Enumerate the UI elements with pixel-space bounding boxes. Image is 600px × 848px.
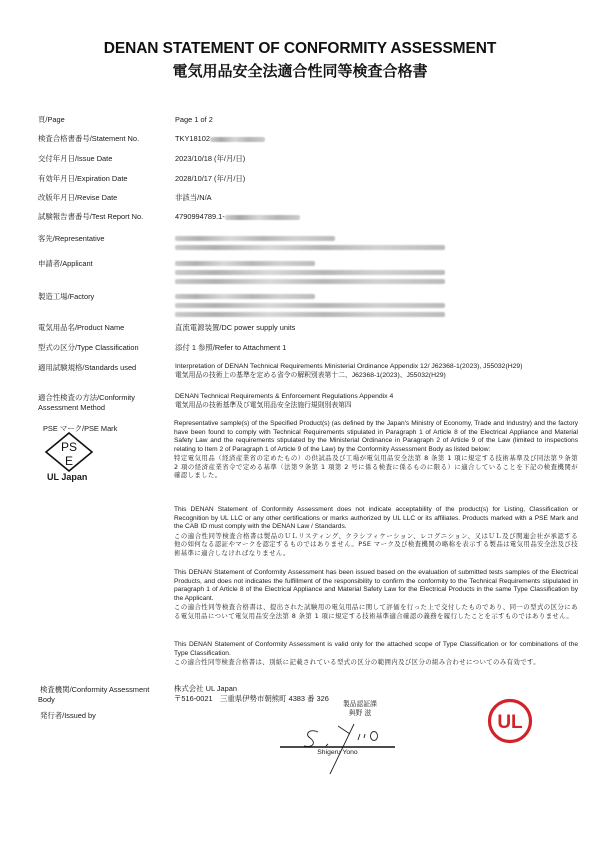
ul-logo-icon: UL <box>487 698 533 744</box>
signature-icon <box>280 716 440 780</box>
pse-issuer: UL Japan <box>47 472 87 482</box>
assessment-method-value-en: DENAN Technical Requirements & Enforceme… <box>175 393 580 402</box>
factory-label: 製造工場/Factory <box>38 292 168 302</box>
issue-date-label: 交付年月日/Issue Date <box>38 154 168 164</box>
paragraph-evaluation-scope: This DENAN Statement of Conformity Asses… <box>174 569 578 620</box>
cab-name: 株式会社 UL Japan <box>174 684 329 694</box>
standards-value-en: Interpretation of DENAN Technical Requir… <box>175 363 580 372</box>
department: 製品認証課 <box>280 700 440 709</box>
redacted-text <box>225 215 300 220</box>
expiration-date-label: 有効年月日/Expiration Date <box>38 174 168 184</box>
page-value: Page 1 of 2 <box>175 115 580 125</box>
representative-label: 客先/Representative <box>38 234 168 244</box>
statement-no-value: TKY18102 <box>175 134 580 144</box>
type-classification-value: 添付 1 参照/Refer to Attachment 1 <box>175 343 580 353</box>
revise-date-label: 改版年月日/Revise Date <box>38 193 168 203</box>
issued-by-label: 発行者/Issued by <box>40 711 170 721</box>
statement-no-label: 検査合格書番号/Statement No. <box>38 134 168 144</box>
product-name-label: 電気用品名/Product Name <box>38 323 168 333</box>
test-report-value: 4790994789.1- <box>175 212 580 222</box>
assessment-method-label: 適合性検査の方法/Conformity Assessment Method <box>38 393 168 412</box>
signature-block: 製品認証課 與野 滋 Shigeru Yono <box>280 700 440 780</box>
pse-diamond-icon: PS E <box>44 432 94 472</box>
page-label: 頁/Page <box>38 115 168 125</box>
applicant-value-redacted <box>175 259 580 288</box>
factory-value-redacted <box>175 292 580 321</box>
svg-text:UL: UL <box>497 712 523 733</box>
product-name-value: 直流電源装置/DC power supply units <box>175 323 580 333</box>
assessment-method-value: DENAN Technical Requirements & Enforceme… <box>175 393 580 410</box>
paragraph-compliance: Representative sample(s) of the Specifie… <box>174 420 578 480</box>
paragraph-listing-disclaimer: This DENAN Statement of Conformity Asses… <box>174 506 578 557</box>
expiration-date-value: 2028/10/17 (年/月/日) <box>175 174 580 184</box>
standards-label: 適用試験規格/Standards used <box>38 363 168 373</box>
revise-date-value: 非該当/N/A <box>175 193 580 203</box>
document-title-jp: 電気用品安全法適合性同等検査合格書 <box>0 60 600 81</box>
svg-text:E: E <box>65 454 73 468</box>
standards-value: Interpretation of DENAN Technical Requir… <box>175 363 580 380</box>
signer-name-en: Shigeru Yono <box>280 749 395 756</box>
redacted-text <box>210 137 265 142</box>
document-title-en: DENAN STATEMENT OF CONFORMITY ASSESSMENT <box>0 40 600 58</box>
representative-value-redacted <box>175 234 580 254</box>
svg-text:PS: PS <box>61 440 77 454</box>
type-classification-label: 型式の区分/Type Classification <box>38 343 168 353</box>
applicant-label: 申請者/Applicant <box>38 259 168 269</box>
assessment-method-value-jp: 電気用品の技術基準及び電気用品安全法施行規則別表第四 <box>175 402 580 411</box>
paragraph-validity: This DENAN Statement of Conformity Asses… <box>174 641 578 667</box>
cab-label: 検査機関/Conformity Assessment Body <box>40 685 170 704</box>
standards-value-jp: 電気用品の技術上の基準を定める省令の解釈別表第十二、J62368-1(2023)… <box>175 372 580 381</box>
issue-date-value: 2023/10/18 (年/月/日) <box>175 154 580 164</box>
test-report-label: 試験報告書番号/Test Report No. <box>38 212 168 222</box>
